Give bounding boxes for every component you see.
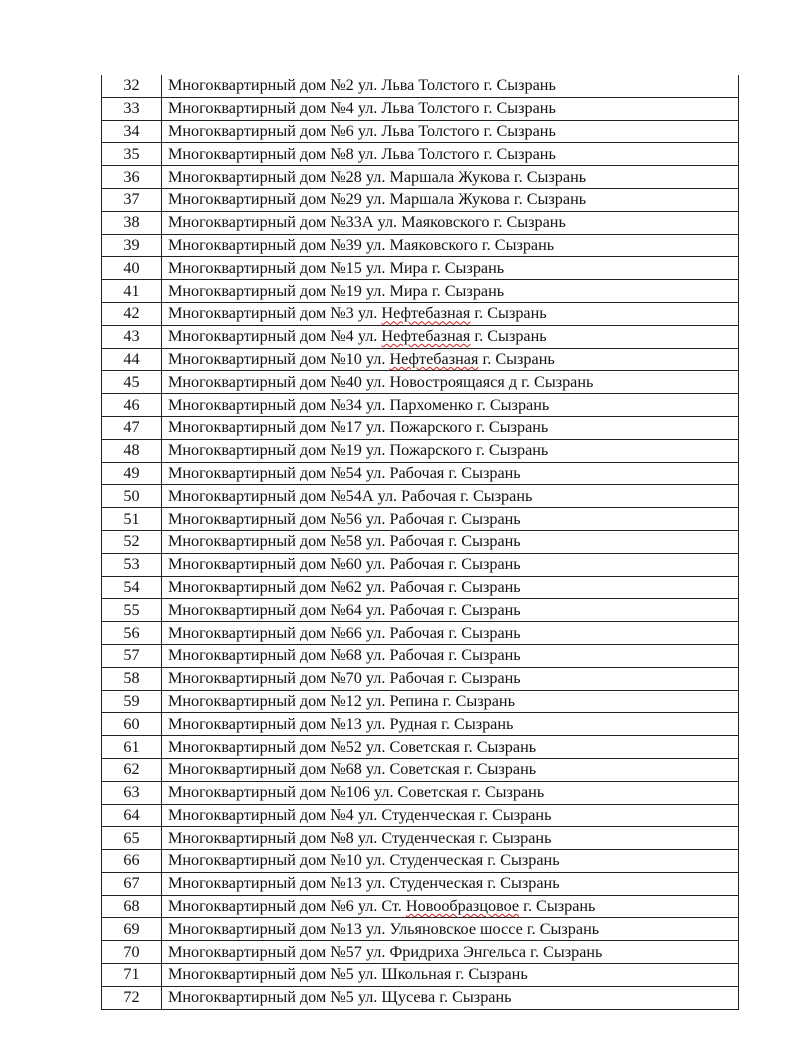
address-text-suffix: г. Сызрань <box>519 897 595 915</box>
address-cell: Многоквартирный дом №68 ул. Рабочая г. С… <box>162 644 739 667</box>
address-text: Многоквартирный дом №33А ул. Маяковского… <box>168 213 566 231</box>
table-row: 54Многоквартирный дом №62 ул. Рабочая г.… <box>102 576 739 599</box>
address-text-suffix: г. Сызрань <box>478 350 554 368</box>
address-text: Многоквартирный дом №13 ул. Ульяновское … <box>168 920 599 938</box>
address-cell: Многоквартирный дом №5 ул. Школьная г. С… <box>162 964 739 987</box>
address-text: Многоквартирный дом №106 ул. Советская г… <box>168 783 544 801</box>
address-text: Многоквартирный дом №54А ул. Рабочая г. … <box>168 487 532 505</box>
address-cell: Многоквартирный дом №3 ул. Нефтебазная г… <box>162 302 739 325</box>
address-text: Многоквартирный дом №52 ул. Советская г.… <box>168 738 536 756</box>
row-number-cell: 61 <box>102 736 162 759</box>
address-cell: Многоквартирный дом №13 ул. Студенческая… <box>162 872 739 895</box>
row-number-cell: 40 <box>102 257 162 280</box>
table-row: 45Многоквартирный дом №40 ул. Новостроящ… <box>102 371 739 394</box>
address-text: Многоквартирный дом №13 ул. Рудная г. Сы… <box>168 715 513 733</box>
address-text: Многоквартирный дом №3 ул. <box>168 304 381 322</box>
table-row: 37Многоквартирный дом №29 ул. Маршала Жу… <box>102 188 739 211</box>
address-text: Многоквартирный дом №57 ул. Фридриха Энг… <box>168 943 602 961</box>
table-row: 65Многоквартирный дом №8 ул. Студенческа… <box>102 827 739 850</box>
address-cell: Многоквартирный дом №57 ул. Фридриха Энг… <box>162 941 739 964</box>
address-cell: Многоквартирный дом №106 ул. Советская г… <box>162 781 739 804</box>
table-row: 46Многоквартирный дом №34 ул. Пархоменко… <box>102 394 739 417</box>
table-row: 44Многоквартирный дом №10 ул. Нефтебазна… <box>102 348 739 371</box>
address-text: Многоквартирный дом №66 ул. Рабочая г. С… <box>168 624 521 642</box>
table-row: 62Многоквартирный дом №68 ул. Советская … <box>102 758 739 781</box>
row-number-cell: 49 <box>102 462 162 485</box>
address-cell: Многоквартирный дом №6 ул. Льва Толстого… <box>162 120 739 143</box>
address-text: Многоквартирный дом №60 ул. Рабочая г. С… <box>168 555 521 573</box>
address-cell: Многоквартирный дом №62 ул. Рабочая г. С… <box>162 576 739 599</box>
address-text: Многоквартирный дом №4 ул. Льва Толстого… <box>168 99 556 117</box>
address-cell: Многоквартирный дом №15 ул. Мира г. Сызр… <box>162 257 739 280</box>
address-text: Многоквартирный дом №19 ул. Мира г. Сызр… <box>168 282 504 300</box>
row-number-cell: 43 <box>102 325 162 348</box>
address-cell: Многоквартирный дом №4 ул. Студенческая … <box>162 804 739 827</box>
address-text: Многоквартирный дом №28 ул. Маршала Жуко… <box>168 168 586 186</box>
spellcheck-flagged-word[interactable]: Нефтебазная <box>389 350 478 368</box>
address-text: Многоквартирный дом №10 ул. <box>168 350 389 368</box>
table-row: 53Многоквартирный дом №60 ул. Рабочая г.… <box>102 553 739 576</box>
address-cell: Многоквартирный дом №33А ул. Маяковского… <box>162 211 739 234</box>
row-number-cell: 58 <box>102 667 162 690</box>
address-text: Многоквартирный дом №56 ул. Рабочая г. С… <box>168 510 521 528</box>
address-cell: Многоквартирный дом №68 ул. Советская г.… <box>162 758 739 781</box>
table-row: 71Многоквартирный дом №5 ул. Школьная г.… <box>102 964 739 987</box>
row-number-cell: 67 <box>102 872 162 895</box>
table-row: 57Многоквартирный дом №68 ул. Рабочая г.… <box>102 644 739 667</box>
address-cell: Многоквартирный дом №12 ул. Репина г. Сы… <box>162 690 739 713</box>
address-cell: Многоквартирный дом №70 ул. Рабочая г. С… <box>162 667 739 690</box>
address-cell: Многоквартирный дом №19 ул. Пожарского г… <box>162 439 739 462</box>
row-number-cell: 48 <box>102 439 162 462</box>
address-text: Многоквартирный дом №62 ул. Рабочая г. С… <box>168 578 521 596</box>
address-text: Многоквартирный дом №40 ул. Новостроящая… <box>168 373 593 391</box>
table-row: 60Многоквартирный дом №13 ул. Рудная г. … <box>102 713 739 736</box>
address-cell: Многоквартирный дом №8 ул. Льва Толстого… <box>162 143 739 166</box>
address-text: Многоквартирный дом №15 ул. Мира г. Сызр… <box>168 259 504 277</box>
address-cell: Многоквартирный дом №13 ул. Ульяновское … <box>162 918 739 941</box>
table-row: 59Многоквартирный дом №12 ул. Репина г. … <box>102 690 739 713</box>
table-row: 63Многоквартирный дом №106 ул. Советская… <box>102 781 739 804</box>
address-cell: Многоквартирный дом №52 ул. Советская г.… <box>162 736 739 759</box>
row-number-cell: 38 <box>102 211 162 234</box>
table-row: 69Многоквартирный дом №13 ул. Ульяновско… <box>102 918 739 941</box>
table-row: 70Многоквартирный дом №57 ул. Фридриха Э… <box>102 941 739 964</box>
address-text: Многоквартирный дом №6 ул. Льва Толстого… <box>168 122 556 140</box>
address-cell: Многоквартирный дом №19 ул. Мира г. Сызр… <box>162 280 739 303</box>
address-text: Многоквартирный дом №6 ул. Ст. <box>168 897 406 915</box>
row-number-cell: 57 <box>102 644 162 667</box>
table-row: 56Многоквартирный дом №66 ул. Рабочая г.… <box>102 622 739 645</box>
address-text: Многоквартирный дом №68 ул. Рабочая г. С… <box>168 646 521 664</box>
address-cell: Многоквартирный дом №10 ул. Нефтебазная … <box>162 348 739 371</box>
address-cell: Многоквартирный дом №56 ул. Рабочая г. С… <box>162 508 739 531</box>
table-row: 51Многоквартирный дом №56 ул. Рабочая г.… <box>102 508 739 531</box>
address-cell: Многоквартирный дом №39 ул. Маяковского … <box>162 234 739 257</box>
address-text: Многоквартирный дом №2 ул. Льва Толстого… <box>168 76 556 94</box>
address-text: Многоквартирный дом №39 ул. Маяковского … <box>168 236 554 254</box>
address-text: Многоквартирный дом №5 ул. Школьная г. С… <box>168 965 528 983</box>
row-number-cell: 37 <box>102 188 162 211</box>
address-text: Многоквартирный дом №58 ул. Рабочая г. С… <box>168 532 521 550</box>
table-row: 39Многоквартирный дом №39 ул. Маяковског… <box>102 234 739 257</box>
address-text: Многоквартирный дом №4 ул. <box>168 327 381 345</box>
row-number-cell: 35 <box>102 143 162 166</box>
address-text: Многоквартирный дом №54 ул. Рабочая г. С… <box>168 464 521 482</box>
address-text-suffix: г. Сызрань <box>470 304 546 322</box>
row-number-cell: 42 <box>102 302 162 325</box>
table-row: 67Многоквартирный дом №13 ул. Студенческ… <box>102 872 739 895</box>
table-row: 64Многоквартирный дом №4 ул. Студенческа… <box>102 804 739 827</box>
address-text: Многоквартирный дом №19 ул. Пожарского г… <box>168 441 548 459</box>
row-number-cell: 60 <box>102 713 162 736</box>
row-number-cell: 68 <box>102 895 162 918</box>
address-cell: Многоквартирный дом №29 ул. Маршала Жуко… <box>162 188 739 211</box>
row-number-cell: 51 <box>102 508 162 531</box>
row-number-cell: 53 <box>102 553 162 576</box>
address-text: Многоквартирный дом №34 ул. Пархоменко г… <box>168 396 549 414</box>
address-cell: Многоквартирный дом №17 ул. Пожарского г… <box>162 416 739 439</box>
address-cell: Многоквартирный дом №54А ул. Рабочая г. … <box>162 485 739 508</box>
table-row: 52Многоквартирный дом №58 ул. Рабочая г.… <box>102 530 739 553</box>
table-row: 36Многоквартирный дом №28 ул. Маршала Жу… <box>102 166 739 189</box>
spellcheck-flagged-word[interactable]: Новообразцовое <box>406 897 519 915</box>
address-cell: Многоквартирный дом №28 ул. Маршала Жуко… <box>162 166 739 189</box>
address-text: Многоквартирный дом №5 ул. Щусева г. Сыз… <box>168 988 512 1006</box>
address-cell: Многоквартирный дом №54 ул. Рабочая г. С… <box>162 462 739 485</box>
address-table: 32Многоквартирный дом №2 ул. Льва Толсто… <box>101 75 739 1010</box>
table-row: 32Многоквартирный дом №2 ул. Льва Толсто… <box>102 75 739 97</box>
spellcheck-flagged-word[interactable]: Нефтебазная <box>381 327 470 345</box>
row-number-cell: 66 <box>102 850 162 873</box>
row-number-cell: 47 <box>102 416 162 439</box>
row-number-cell: 56 <box>102 622 162 645</box>
table-row: 38Многоквартирный дом №33А ул. Маяковско… <box>102 211 739 234</box>
address-cell: Многоквартирный дом №60 ул. Рабочая г. С… <box>162 553 739 576</box>
address-cell: Многоквартирный дом №6 ул. Ст. Новообраз… <box>162 895 739 918</box>
address-text: Многоквартирный дом №8 ул. Студенческая … <box>168 829 551 847</box>
address-cell: Многоквартирный дом №10 ул. Студенческая… <box>162 850 739 873</box>
table-row: 41Многоквартирный дом №19 ул. Мира г. Сы… <box>102 280 739 303</box>
address-cell: Многоквартирный дом №5 ул. Щусева г. Сыз… <box>162 986 739 1009</box>
table-row: 33Многоквартирный дом №4 ул. Льва Толсто… <box>102 97 739 120</box>
row-number-cell: 72 <box>102 986 162 1009</box>
address-text: Многоквартирный дом №68 ул. Советская г.… <box>168 760 536 778</box>
row-number-cell: 64 <box>102 804 162 827</box>
table-row: 68Многоквартирный дом №6 ул. Ст. Новообр… <box>102 895 739 918</box>
table-row: 47Многоквартирный дом №17 ул. Пожарского… <box>102 416 739 439</box>
address-text-suffix: г. Сызрань <box>470 327 546 345</box>
address-cell: Многоквартирный дом №4 ул. Нефтебазная г… <box>162 325 739 348</box>
row-number-cell: 33 <box>102 97 162 120</box>
row-number-cell: 59 <box>102 690 162 713</box>
table-row: 55Многоквартирный дом №64 ул. Рабочая г.… <box>102 599 739 622</box>
row-number-cell: 71 <box>102 964 162 987</box>
address-cell: Многоквартирный дом №4 ул. Льва Толстого… <box>162 97 739 120</box>
row-number-cell: 41 <box>102 280 162 303</box>
table-row: 72Многоквартирный дом №5 ул. Щусева г. С… <box>102 986 739 1009</box>
address-cell: Многоквартирный дом №13 ул. Рудная г. Сы… <box>162 713 739 736</box>
address-text: Многоквартирный дом №8 ул. Льва Толстого… <box>168 145 556 163</box>
row-number-cell: 34 <box>102 120 162 143</box>
address-cell: Многоквартирный дом №8 ул. Студенческая … <box>162 827 739 850</box>
table-row: 42Многоквартирный дом №3 ул. Нефтебазная… <box>102 302 739 325</box>
table-row: 61Многоквартирный дом №52 ул. Советская … <box>102 736 739 759</box>
row-number-cell: 63 <box>102 781 162 804</box>
address-text: Многоквартирный дом №70 ул. Рабочая г. С… <box>168 669 521 687</box>
table-row: 50Многоквартирный дом №54А ул. Рабочая г… <box>102 485 739 508</box>
row-number-cell: 69 <box>102 918 162 941</box>
address-text: Многоквартирный дом №10 ул. Студенческая… <box>168 851 560 869</box>
address-cell: Многоквартирный дом №2 ул. Льва Толстого… <box>162 75 739 97</box>
table-row: 34Многоквартирный дом №6 ул. Льва Толсто… <box>102 120 739 143</box>
row-number-cell: 44 <box>102 348 162 371</box>
address-cell: Многоквартирный дом №58 ул. Рабочая г. С… <box>162 530 739 553</box>
table-row: 43Многоквартирный дом №4 ул. Нефтебазная… <box>102 325 739 348</box>
table-row: 48Многоквартирный дом №19 ул. Пожарского… <box>102 439 739 462</box>
table-row: 58Многоквартирный дом №70 ул. Рабочая г.… <box>102 667 739 690</box>
row-number-cell: 39 <box>102 234 162 257</box>
table-body: 32Многоквартирный дом №2 ул. Льва Толсто… <box>102 75 739 1009</box>
address-text: Многоквартирный дом №17 ул. Пожарского г… <box>168 418 548 436</box>
address-text: Многоквартирный дом №4 ул. Студенческая … <box>168 806 551 824</box>
row-number-cell: 32 <box>102 75 162 97</box>
row-number-cell: 52 <box>102 530 162 553</box>
row-number-cell: 65 <box>102 827 162 850</box>
row-number-cell: 45 <box>102 371 162 394</box>
row-number-cell: 50 <box>102 485 162 508</box>
row-number-cell: 70 <box>102 941 162 964</box>
table-row: 66Многоквартирный дом №10 ул. Студенческ… <box>102 850 739 873</box>
spellcheck-flagged-word[interactable]: Нефтебазная <box>381 304 470 322</box>
address-cell: Многоквартирный дом №40 ул. Новостроящая… <box>162 371 739 394</box>
address-text: Многоквартирный дом №29 ул. Маршала Жуко… <box>168 190 586 208</box>
table-row: 40Многоквартирный дом №15 ул. Мира г. Сы… <box>102 257 739 280</box>
address-text: Многоквартирный дом №64 ул. Рабочая г. С… <box>168 601 521 619</box>
document-page: 32Многоквартирный дом №2 ул. Льва Толсто… <box>0 0 800 1042</box>
address-text: Многоквартирный дом №13 ул. Студенческая… <box>168 874 560 892</box>
row-number-cell: 36 <box>102 166 162 189</box>
row-number-cell: 54 <box>102 576 162 599</box>
table-row: 49Многоквартирный дом №54 ул. Рабочая г.… <box>102 462 739 485</box>
row-number-cell: 55 <box>102 599 162 622</box>
address-cell: Многоквартирный дом №64 ул. Рабочая г. С… <box>162 599 739 622</box>
row-number-cell: 46 <box>102 394 162 417</box>
table-row: 35Многоквартирный дом №8 ул. Льва Толсто… <box>102 143 739 166</box>
row-number-cell: 62 <box>102 758 162 781</box>
address-text: Многоквартирный дом №12 ул. Репина г. Сы… <box>168 692 515 710</box>
address-cell: Многоквартирный дом №66 ул. Рабочая г. С… <box>162 622 739 645</box>
address-cell: Многоквартирный дом №34 ул. Пархоменко г… <box>162 394 739 417</box>
